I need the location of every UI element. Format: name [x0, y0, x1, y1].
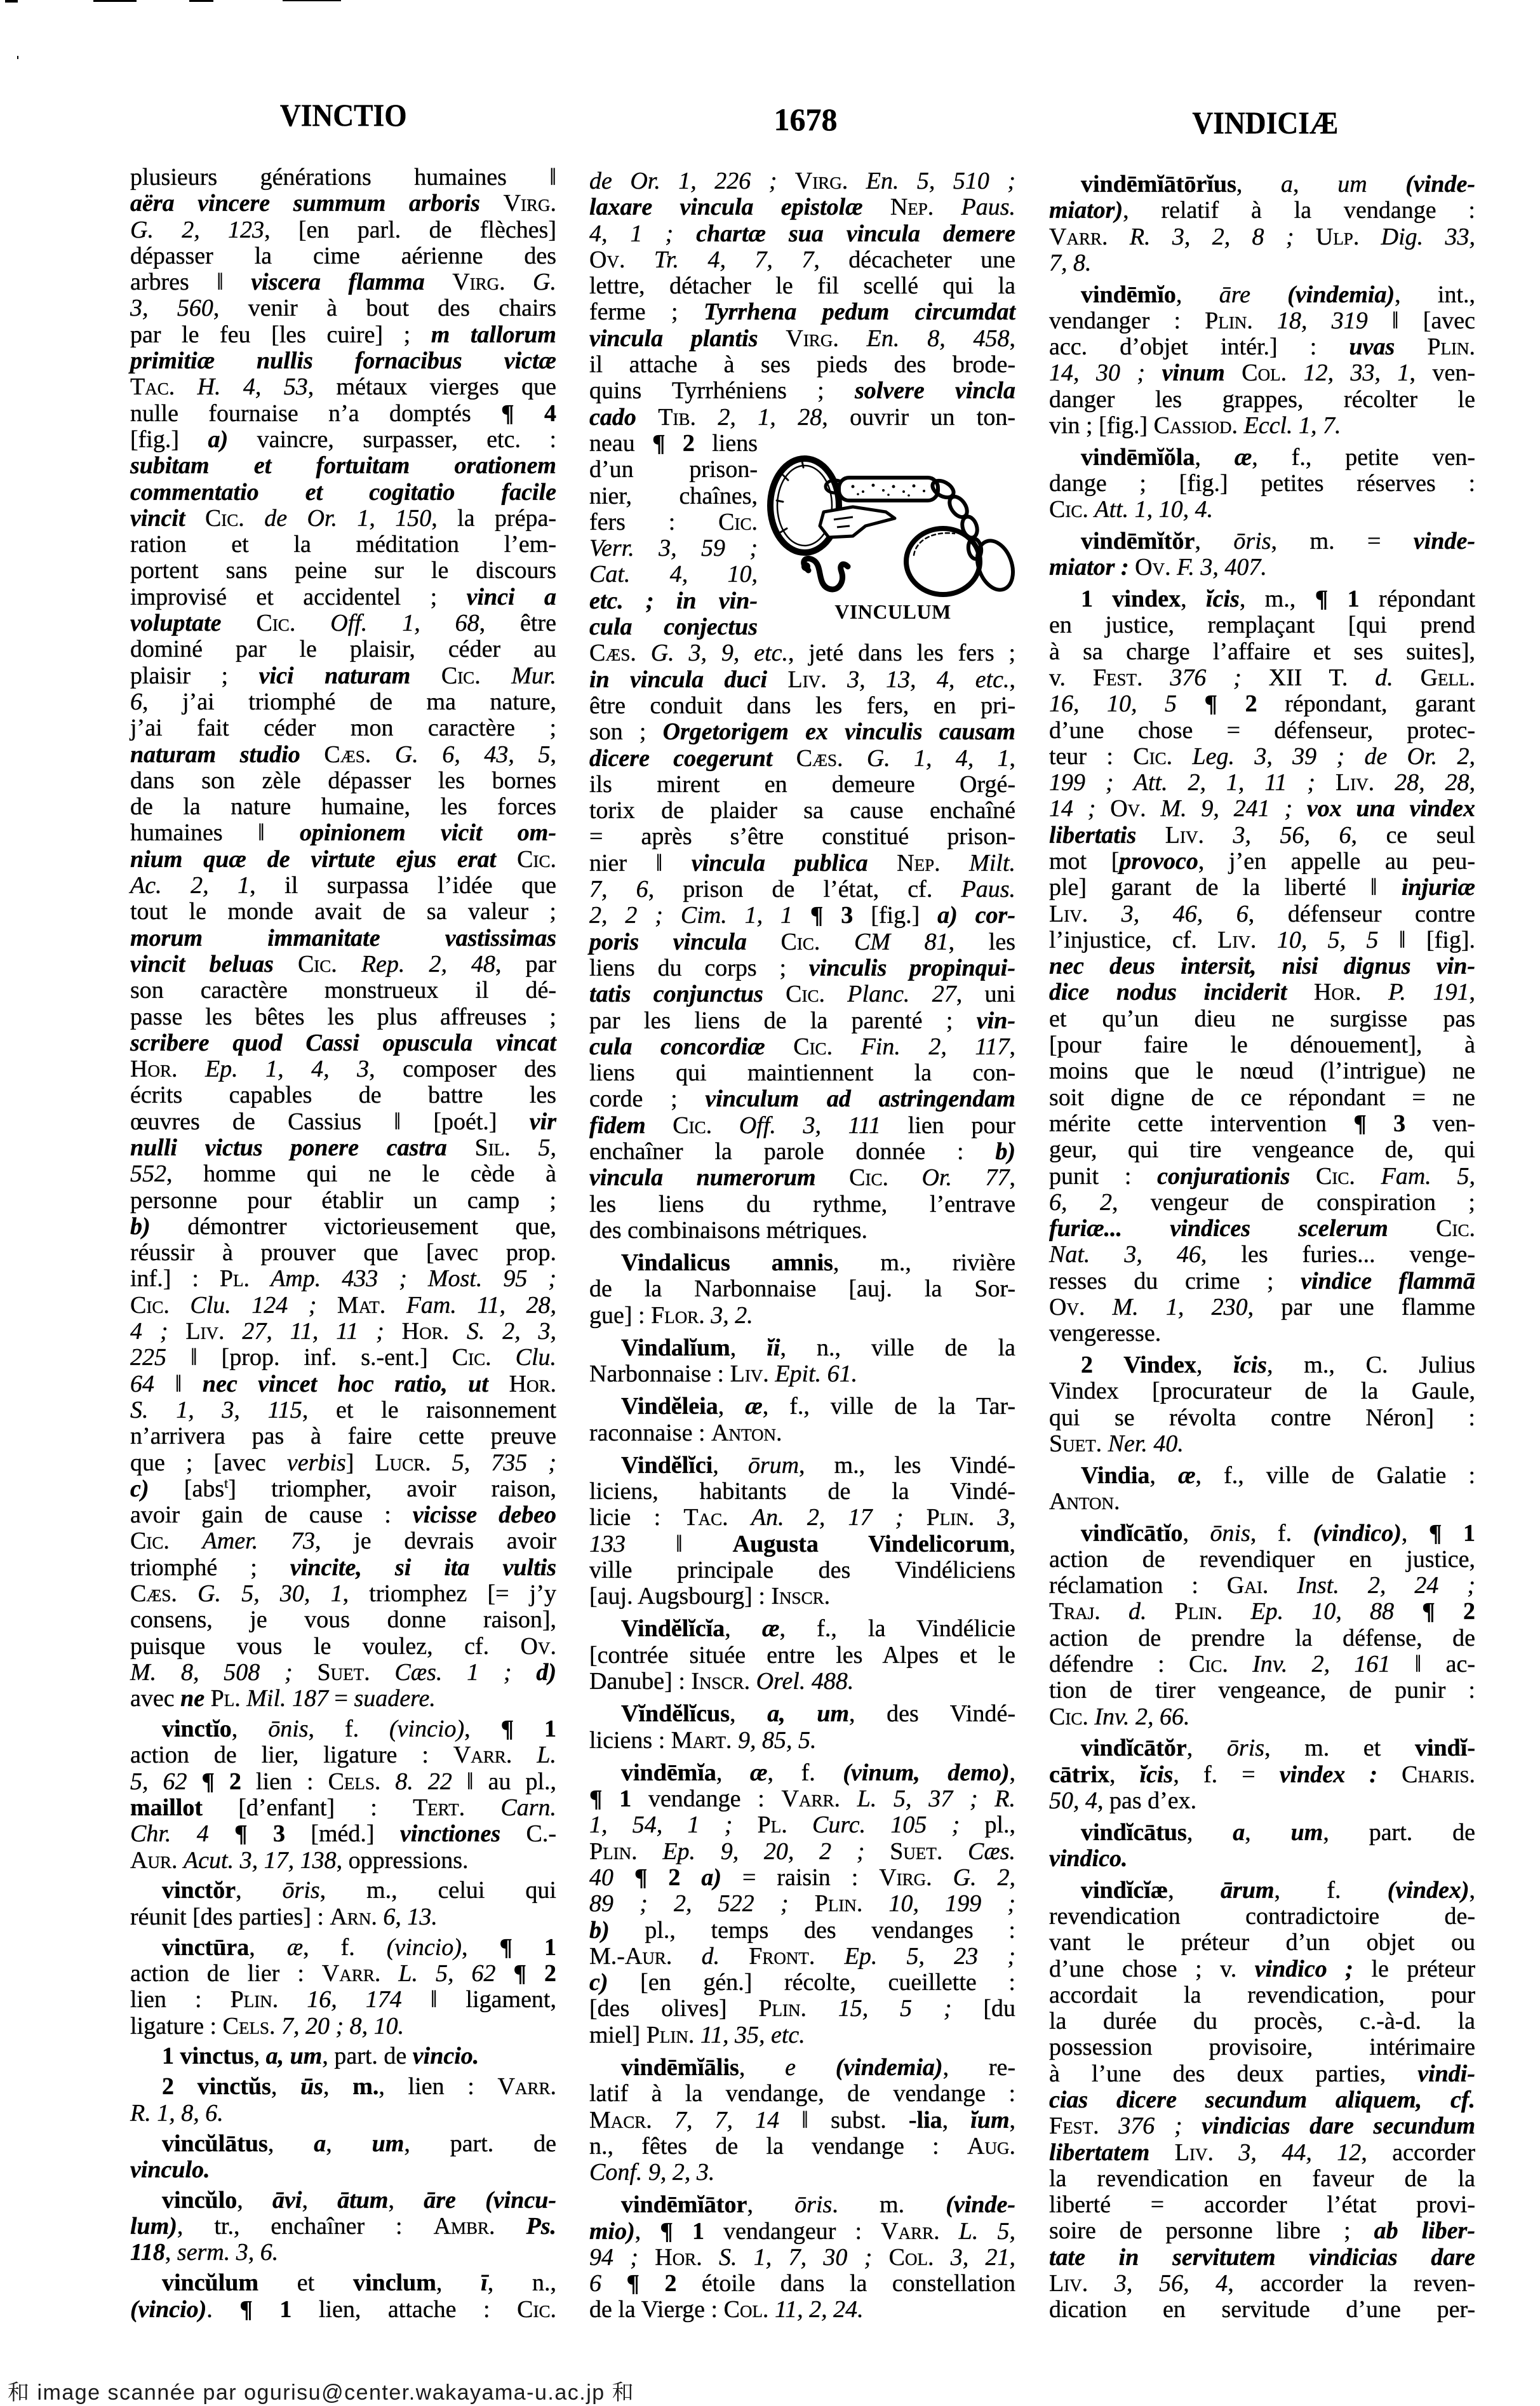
citation-reference: 9, 85, 5.	[738, 1727, 817, 1754]
entry-head-line: vindēmĭātōrĭus, a, um (vinde-	[1049, 171, 1475, 198]
latin-example: conjurationis	[1157, 1163, 1290, 1190]
author-abbreviation: Liv.	[788, 666, 827, 693]
entry-head-line: vindĭcātus, a, um, part. de	[1049, 1820, 1475, 1846]
dictionary-line: et qu’un dieu ne surgisse pas	[1049, 1006, 1475, 1032]
citation-reference: G. 6, 43, 5	[395, 741, 551, 768]
citation-reference: Orel. 488.	[756, 1668, 854, 1695]
text-run: [en gén.] récolte, cueillette :	[608, 1969, 1015, 1996]
text-run: =	[328, 1685, 354, 1712]
dictionary-line: réussir à prouver que [avec prop.	[130, 1240, 556, 1266]
text-run: avoir gain de cause :	[130, 1502, 413, 1528]
dictionary-line: vant le préteur d’un objet ou	[1049, 1930, 1475, 1956]
latin-example: æ	[1178, 1462, 1195, 1489]
text-run	[447, 1134, 475, 1161]
author-abbreviation: Col.	[889, 2244, 934, 2271]
citation-reference: Att. 1, 10, 4.	[1094, 496, 1213, 523]
left-guide-word: VINCTIO	[130, 99, 556, 131]
dictionary-line: = après s’être constitué prison-	[589, 824, 1015, 850]
text-run	[380, 1768, 395, 1795]
citation-reference: 50, 4	[1049, 1787, 1097, 1814]
citation-reference: R. 1, 8, 6.	[130, 2100, 224, 2127]
citation-reference: Mur.	[511, 662, 556, 689]
author-abbreviation: Mat.	[337, 1292, 385, 1319]
latin-example: a, um	[767, 1700, 849, 1727]
text-run	[796, 2054, 836, 2081]
dictionary-line: licie : Tac. An. 2, 17 ; Plin. 3,	[589, 1505, 1015, 1531]
text-run	[278, 1986, 307, 2013]
text-run: répondant, garant	[1257, 690, 1475, 717]
text-run	[827, 666, 847, 693]
latin-example: viscera flamma	[251, 269, 424, 295]
citation-reference: 225	[130, 1344, 166, 1371]
citation-reference: M. 8, 508 ;	[130, 1659, 293, 1686]
dictionary-line: M.-Aur. d. Front. Ep. 5, 23 ;	[589, 1944, 1015, 1970]
text-run: dans son zèle dépasser les bornes	[130, 767, 556, 794]
latin-example: commentatio et cogitatio facile	[130, 479, 556, 506]
bold-term: ¶ 1	[501, 1716, 556, 1742]
text-run	[789, 1890, 815, 1917]
dictionary-line: revendication contradictoire de-	[1049, 1904, 1475, 1930]
text-run: liciens, habitants de la Vindé-	[589, 1478, 1015, 1505]
text-run: ,	[232, 1716, 268, 1742]
bold-term: Vĭndĕlĭcus	[621, 1700, 730, 1727]
text-run	[209, 1820, 234, 1847]
text-run	[370, 1659, 395, 1686]
latin-example: laxare vincula epistolæ	[589, 194, 863, 220]
text-run	[833, 1033, 861, 1060]
citation-reference: 5, 62	[130, 1768, 187, 1795]
bold-term: ¶ 1	[239, 2296, 291, 2323]
text-run: , m., celui qui	[320, 1877, 556, 1904]
dictionary-line: Nat. 3, 46, les furies... venge-	[1049, 1242, 1475, 1268]
latin-example: uvas	[1349, 333, 1395, 360]
dictionary-line: puisque vous le voulez, cf. Ov.	[130, 1634, 556, 1660]
latin-example: libertatem	[1049, 2139, 1149, 2166]
dictionary-entry: 2 vinctŭs, ūs, m., lien : Varr.R. 1, 8, …	[130, 2074, 556, 2127]
text-run	[767, 666, 787, 693]
text-run: nier ‖	[589, 850, 692, 877]
text-run: teur :	[1049, 743, 1133, 770]
entry-head-line: 1 vindex, ĭcis, m., ¶ 1 répondant	[1049, 586, 1475, 612]
latin-example: (vindemia)	[1287, 281, 1395, 308]
dictionary-line: plusieurs générations humaines ‖	[130, 165, 556, 191]
latin-example: vincit	[130, 505, 185, 532]
citation-reference: M. 9, 241 ;	[1160, 795, 1292, 822]
citation-reference: 11, 2, 24.	[775, 2296, 864, 2323]
text-run: [abs	[149, 1475, 225, 1502]
text-run: ]	[346, 1449, 375, 1476]
dictionary-line: 50, 4, pas d’ex.	[1049, 1788, 1475, 1814]
bold-term: vinctĭo	[162, 1716, 232, 1742]
text-run: , j’ai triomphé de ma nature,	[142, 689, 556, 715]
text-run: pl., temps des vendanges :	[610, 1917, 1015, 1944]
text-run	[431, 1449, 452, 1476]
text-run: [auj. Augsbourg] :	[589, 1583, 771, 1610]
text-run: les liens du rythme, l’entrave	[589, 1191, 1015, 1218]
dictionary-line: [pour faire le dénouement], à	[1049, 1032, 1475, 1058]
bold-term: ¶ 1	[660, 2218, 704, 2245]
dictionary-line: Macr. 7, 7, 14 ‖ subst. -lia, ĭum,	[589, 2107, 1015, 2134]
dictionary-line: Danube] : Inscr. Orel. 488.	[589, 1669, 1015, 1695]
text-run: ,	[716, 1759, 750, 1786]
latin-example: a	[1233, 1819, 1245, 1846]
latin-example: dicere coegerunt	[589, 745, 772, 772]
latin-example: tate in servitutem vindicias dare	[1049, 2244, 1475, 2271]
author-abbreviation: Hor.	[509, 1371, 556, 1397]
latin-example: vincula numerorum	[589, 1164, 816, 1191]
text-run	[1204, 822, 1233, 849]
text-run: Narbonnaise :	[589, 1361, 730, 1387]
text-run: ,	[326, 2130, 372, 2157]
dictionary-line: 2, 2 ; Cim. 1, 1 ¶ 3 [fig.] a) cor-	[589, 903, 1015, 929]
citation-reference: ōrum	[748, 1452, 799, 1479]
text-run: et qu’un dieu ne surgisse pas	[1049, 1005, 1475, 1032]
text-run	[187, 1768, 202, 1795]
citation-reference: 8. 22	[395, 1768, 452, 1795]
citation-reference: Conf. 9, 2, 3.	[589, 2159, 714, 2186]
citation-reference: 6, 2	[1049, 1189, 1112, 1216]
citation-reference: 3, 46, 6	[1122, 901, 1249, 927]
text-run: dication en servitude d’une per-	[1049, 2296, 1475, 2323]
latin-example: æ	[745, 1393, 762, 1420]
dictionary-line: que ; [avec verbis] Lucr. 5, 735 ;	[130, 1450, 556, 1476]
text-run: ,	[1010, 666, 1016, 693]
author-abbreviation: Virg.	[504, 190, 556, 217]
latin-example: vindex :	[1280, 1761, 1377, 1788]
author-abbreviation: Plin.	[231, 1986, 279, 2013]
dictionary-line: d’une chose = défenseur, protec-	[1049, 718, 1475, 744]
latin-example: nec deus intersit, nisi dignus vin-	[1049, 953, 1475, 979]
text-run: torix de plaider sa cause enchaîné	[589, 797, 1015, 824]
text-run: [pour faire le dénouement], à	[1049, 1032, 1475, 1058]
bold-term: vincŭlātus	[162, 2130, 268, 2157]
text-run: ‖ [avec	[1368, 307, 1475, 334]
dictionary-line: b) pl., temps des vendanges :	[589, 1918, 1015, 1944]
citation-reference: G.	[533, 269, 556, 295]
bold-term: ¶ 2	[634, 1864, 680, 1891]
bold-term: ¶ 1	[1315, 586, 1360, 612]
dictionary-line: en justice, remplaçant [qui prend	[1049, 612, 1475, 638]
text-run	[384, 1318, 402, 1345]
dictionary-line: 3, 560, venir à bout des chairs	[130, 295, 556, 321]
citation-reference: 5, 735 ;	[452, 1449, 556, 1476]
text-run: plusieurs générations humaines ‖	[130, 164, 556, 191]
text-run: ‖ [fig].	[1379, 927, 1475, 953]
author-abbreviation: Col.	[724, 2296, 769, 2323]
text-run: ,	[725, 1615, 762, 1642]
dictionary-line: cula concordiæ Cic. Fin. 2, 117,	[589, 1034, 1015, 1060]
latin-example: poris vincula	[589, 929, 747, 955]
entry-head-line: vindĭcātŏr, ōris, m. et vindĭ-	[1049, 1735, 1475, 1761]
text-run	[865, 1838, 890, 1865]
bold-term: 2 vinctŭs	[162, 2073, 271, 2100]
dictionary-line: possession provisoire, intérimaire	[1049, 2034, 1475, 2060]
text-run	[274, 951, 298, 978]
bold-term: vindēmĭo	[1081, 281, 1176, 308]
latin-example: a)	[701, 1864, 721, 1891]
dictionary-line: mio), ¶ 1 vendangeur : Varr. L. 5,	[589, 2219, 1015, 2245]
citation-reference: 14, 30 ;	[1049, 360, 1145, 386]
citation-reference: Clu. 124 ;	[190, 1292, 316, 1319]
latin-example: vincula plantis	[589, 325, 758, 352]
dictionary-line: nulle fournaise n’a domptés ¶ 4	[130, 401, 556, 427]
scan-artifact	[93, 0, 137, 2]
dictionary-entry: vindēmĭŏla, æ, f., petite ven-dange ; [f…	[1049, 445, 1475, 523]
dictionary-line: acc. d’objet intér.] : uvas Plin.	[1049, 334, 1475, 360]
latin-example: furiæ... vindices scelerum	[1049, 1215, 1388, 1242]
entry-head-line: Vindia, æ, f., ville de Galatie :	[1049, 1463, 1475, 1489]
author-abbreviation: Mart.	[671, 1727, 732, 1754]
entry-head-line: Vindalicus amnis, m., rivière	[589, 1250, 1015, 1276]
text-run: passe les bêtes les plus affreuses ;	[130, 1004, 556, 1030]
citation-reference: Verr. 3, 59 ;	[589, 535, 758, 561]
text-run	[512, 1742, 537, 1768]
latin-example: solvere vincla	[855, 377, 1015, 404]
text-run: resses du crime ;	[1049, 1268, 1301, 1294]
dictionary-entry-continuation: plusieurs générations humaines ‖aëra vin…	[130, 165, 556, 1712]
citation-reference: Carn.	[500, 1794, 556, 1821]
text-run: enchaîner la parole donnée :	[589, 1138, 995, 1165]
bold-term: ¶ 2	[202, 1768, 242, 1795]
author-abbreviation: Gell.	[1421, 664, 1475, 691]
text-run: [fig.]	[853, 902, 937, 929]
latin-example: (vinde-	[946, 2191, 1015, 2218]
text-run	[903, 1504, 926, 1531]
author-abbreviation: Tert.	[413, 1794, 465, 1821]
text-run: miel]	[589, 2022, 646, 2048]
dictionary-line: liens du corps ; vinculis propinqui-	[589, 955, 1015, 981]
text-run: = après s’être constitué prison-	[589, 823, 1015, 850]
dictionary-line: réclamation : Gai. Inst. 2, 24 ;	[1049, 1573, 1475, 1599]
dictionary-line: nulli victus ponere castra Sil. 5,	[130, 1135, 556, 1161]
dictionary-line: b) démontrer victorieusement que,	[130, 1214, 556, 1240]
author-abbreviation: Hor.	[1314, 979, 1361, 1005]
author-abbreviation: Cels.	[223, 2013, 276, 2040]
text-run	[820, 929, 854, 955]
scan-artifact	[283, 0, 341, 1]
author-abbreviation: Varr.	[1049, 224, 1108, 250]
text-run: , métaux vierges que	[308, 373, 556, 400]
text-run	[1292, 795, 1307, 822]
dictionary-entry: Vindĕlĭcĭa, æ, f., la Vindélicie[contrée…	[589, 1616, 1015, 1695]
dictionary-line: triomphé ; vincite, si ita vultis	[130, 1555, 556, 1581]
author-abbreviation: Nep.	[897, 850, 940, 877]
text-run	[1088, 496, 1095, 523]
text-run	[646, 1112, 673, 1139]
latin-example: vinctiones	[400, 1820, 500, 1847]
dictionary-line: v. Fest. 376 ; XII T. d. Gell.	[1049, 665, 1475, 691]
citation-reference: Ep. 10, 88	[1250, 1598, 1394, 1625]
bold-term: vindĭcĭæ	[1081, 1877, 1168, 1904]
citation-reference: Ner. 40.	[1108, 1430, 1184, 1457]
text-run: ,	[1010, 1759, 1016, 1786]
text-run: ,	[236, 1877, 282, 1904]
text-run: ,	[268, 2130, 314, 2157]
citation-reference: d.	[702, 1943, 720, 1970]
dictionary-line: dange ; [fig.] petites réserves :	[1049, 471, 1475, 497]
text-run	[768, 2296, 775, 2323]
author-abbreviation: Aur.	[130, 1847, 177, 1874]
text-run: ,	[1176, 281, 1219, 308]
citation-reference: Amp. 433 ; Most. 95 ;	[271, 1265, 556, 1292]
text-run: action de lier :	[130, 1960, 322, 1987]
text-run: , f. =	[1173, 1761, 1279, 1788]
latin-example: vinci a	[467, 584, 556, 610]
entry-head-line: vindēmĭālis, e (vindemia), re-	[589, 2055, 1015, 2081]
entry-head-line: vincŭlum et vinclum, ī, n.,	[130, 2270, 556, 2296]
author-abbreviation: Sil.	[475, 1134, 511, 1161]
dictionary-line: action de lier, ligature : Varr. L.	[130, 1742, 556, 1768]
citation-reference: Paus.	[961, 876, 1016, 903]
text-run: vant le préteur d’un objet ou	[1049, 1929, 1475, 1956]
author-abbreviation: Ambr.	[434, 2213, 495, 2240]
dictionary-line: Liv. 3, 56, 4, accorder la reven-	[1049, 2271, 1475, 2297]
citation-reference: Epit. 61.	[775, 1361, 857, 1387]
text-run	[293, 1659, 318, 1686]
citation-reference: 1, 54, 1 ;	[589, 1811, 732, 1838]
text-run	[506, 269, 533, 295]
entry-head-line: vindēmĭātor, ōris. m. (vinde-	[589, 2192, 1015, 2218]
citation-reference: H. 4, 53	[198, 373, 308, 400]
author-abbreviation: Liv.	[1049, 2270, 1088, 2297]
latin-example: ĭcis	[1233, 1352, 1267, 1378]
text-run: ,	[1010, 325, 1016, 352]
citation-reference: 12, 33, 1	[1304, 360, 1410, 386]
text-run: pl.,	[960, 1811, 1015, 1838]
text-run: geur, qui tire vengeance de, qui	[1049, 1136, 1475, 1163]
citation-reference: 4 ;	[130, 1318, 168, 1345]
text-run: ‖ ac-	[1390, 1651, 1475, 1677]
author-abbreviation: Inscr.	[691, 1668, 750, 1695]
citation-reference: Planc. 27	[847, 981, 956, 1007]
author-abbreviation: Plin.	[1205, 307, 1253, 334]
dictionary-line: ferme ; Tyrrhena pedum circumdat	[589, 299, 1015, 325]
bold-term: ¶ 1	[499, 1934, 556, 1961]
citation-reference: 7, 20 ; 8, 10.	[281, 2013, 404, 2040]
text-run: tout le monde avait de sa valeur ;	[130, 898, 556, 925]
dictionary-line: des combinaisons métriques.	[589, 1218, 1015, 1244]
author-abbreviation: Cassiod.	[1154, 412, 1238, 439]
dictionary-line: G. 2, 123, [en parl. de flèches]	[130, 217, 556, 243]
text-run	[940, 2218, 959, 2245]
text-run: réussir à prouver que [avec prop.	[130, 1239, 556, 1266]
text-run	[932, 1864, 953, 1891]
text-run	[694, 2022, 700, 2048]
citation-reference: 3, 13, 4, etc.	[847, 666, 1009, 693]
text-run	[1085, 1294, 1112, 1321]
author-abbreviation: Cic.	[1189, 1651, 1228, 1677]
text-run: être conduit dans les fers, en pri-	[589, 692, 1015, 719]
author-abbreviation: Tib.	[658, 404, 696, 431]
text-run	[1287, 979, 1314, 1005]
text-run	[1287, 360, 1303, 386]
text-run: [du	[952, 1995, 1015, 2022]
author-abbreviation: Plin.	[589, 1838, 638, 1865]
dictionary-line: Plin. Ep. 9, 20, 2 ; Suet. Cæs.	[589, 1839, 1015, 1865]
citation-reference: 7, 6	[589, 876, 648, 903]
text-run	[1294, 224, 1316, 250]
author-abbreviation: Virg.	[879, 1864, 932, 1891]
entry-head-line: vincŭlo, āvi, ātum, āre (vincu-	[130, 2188, 556, 2214]
citation-reference: Off. 3, 111	[739, 1112, 881, 1139]
author-abbreviation: Varr.	[881, 2218, 939, 2245]
dictionary-line: humaines ‖ opinionem vicit om-	[130, 820, 556, 846]
text-run	[1095, 795, 1110, 822]
dictionary-entry: vincŭlo, āvi, ātum, āre (vincu-lum), tr.…	[130, 2188, 556, 2266]
dictionary-line: ligature : Cels. 7, 20 ; 8, 10.	[130, 2013, 556, 2040]
dictionary-line: liciens : Mart. 9, 85, 5.	[589, 1728, 1015, 1754]
latin-example: 118	[130, 2239, 165, 2266]
text-run: d’une chose = défenseur, protec-	[1049, 717, 1475, 744]
text-run	[1171, 554, 1177, 581]
latin-example: um	[1291, 1819, 1323, 1846]
bold-term: 1 vindex	[1081, 586, 1181, 612]
dictionary-line: liciens, habitants de la Vindé-	[589, 1479, 1015, 1505]
text-run	[1099, 2113, 1119, 2139]
latin-example: vindice flammā	[1301, 1268, 1475, 1294]
text-run: , m.,	[1240, 586, 1315, 612]
text-run: ,	[237, 2187, 272, 2214]
text-run	[1238, 412, 1244, 439]
text-run: neau	[589, 430, 652, 457]
citation-reference: 15, 5 ;	[838, 1995, 952, 2022]
dictionary-line: vindico.	[1049, 1846, 1475, 1872]
latin-example: miator :	[1049, 554, 1129, 581]
dictionary-line: dominé par le plaisir, céder au	[130, 636, 556, 662]
bold-term: Vindia	[1081, 1462, 1149, 1489]
latin-example: (vincio)	[130, 2296, 206, 2323]
latin-example: vinculum ad astringendam	[705, 1085, 1015, 1112]
text-run	[728, 1504, 751, 1531]
latin-example: provoco	[1119, 848, 1198, 875]
citation-reference: Tr. 4, 7, 7	[654, 246, 814, 273]
text-run: ,	[1402, 1520, 1429, 1547]
dictionary-entry: Vindalicus amnis, m., rivièrede la Narbo…	[589, 1250, 1015, 1329]
text-run: , n.,	[488, 2269, 556, 2296]
dictionary-entry: vindēmĭo, āre (vindemia), int.,vendanger…	[1049, 282, 1475, 440]
text-run	[244, 505, 264, 532]
text-run: raconnaise :	[589, 1420, 711, 1446]
citation-reference: 64	[130, 1371, 154, 1397]
text-run: ,	[1195, 528, 1233, 554]
text-run: , décacheter une	[814, 246, 1015, 273]
text-run	[772, 745, 796, 772]
author-abbreviation: Cic.	[1436, 1215, 1475, 1242]
dictionary-line: tion de tirer vengeance, de punir :	[1049, 1677, 1475, 1704]
text-run: ,	[1010, 1531, 1016, 1557]
dictionary-line: d’une chose ; v. vindico ; le préteur	[1049, 1956, 1475, 1982]
text-run: nier, chaînes,	[589, 483, 758, 509]
text-run: ration et la méditation l’em-	[130, 531, 556, 558]
bold-term: ¶ 1	[589, 1785, 631, 1812]
dictionary-line: M. 8, 508 ; Suet. Cæs. 1 ; d)	[130, 1660, 556, 1686]
text-run: Danube] :	[589, 1668, 691, 1695]
text-run: ,	[1010, 2107, 1016, 2134]
latin-example: naturam studio	[130, 741, 300, 768]
latin-example: cias dicere secundum aliquem, cf.	[1049, 2087, 1475, 2113]
text-run: ,	[1236, 171, 1281, 198]
text-run: consens, je vous donne raison],	[130, 1606, 556, 1633]
text-run: la revendication en faveur de la	[1049, 2165, 1475, 2192]
text-run	[1088, 2270, 1115, 2297]
dictionary-line: 552, homme qui ne le cède à	[130, 1161, 556, 1187]
text-run	[496, 846, 517, 873]
author-abbreviation: Cæs.	[130, 1580, 177, 1607]
text-run: lien :	[130, 1986, 231, 2013]
dictionary-line: raconnaise : Anton.	[589, 1420, 1015, 1446]
text-run: liberté = accorder l’état provi-	[1049, 2191, 1475, 2218]
citation-reference: S. 1, 7, 30 ;	[719, 2244, 872, 2271]
